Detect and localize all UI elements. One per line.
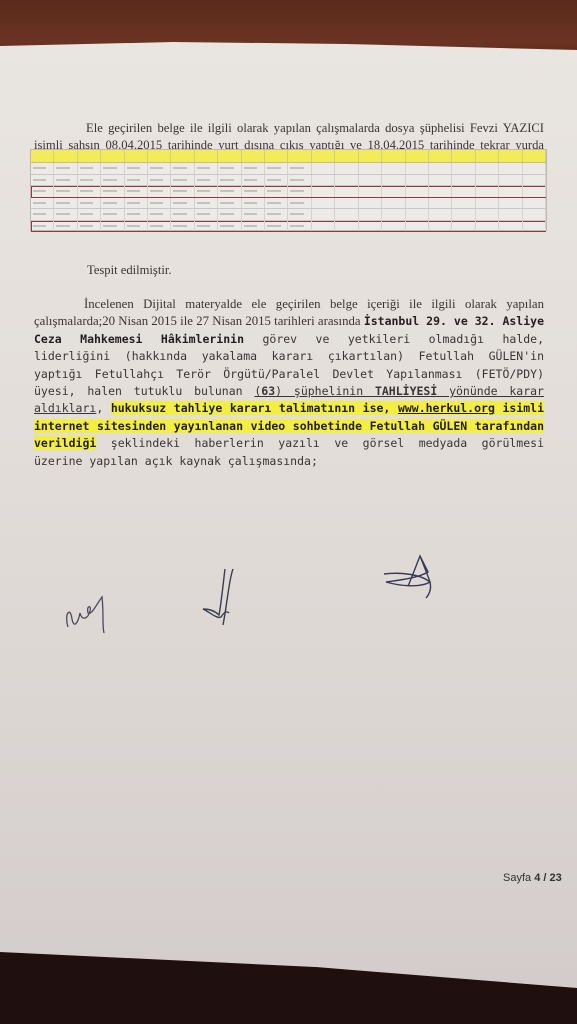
table-cell <box>499 175 522 186</box>
table-cell <box>429 209 452 220</box>
table-cell <box>31 221 54 232</box>
page-label: Sayfa <box>503 872 534 884</box>
table-cell <box>54 198 77 209</box>
table-cell <box>195 175 218 186</box>
table-header-cell <box>452 150 475 162</box>
table-cell <box>406 175 429 186</box>
table-cell <box>148 198 171 209</box>
table-cell <box>265 163 288 174</box>
table-header-cell <box>312 150 335 162</box>
table-cell <box>31 186 54 197</box>
table-cell <box>382 198 405 209</box>
table-cell <box>195 209 218 220</box>
table-cell <box>335 221 358 232</box>
table-cell <box>523 163 546 174</box>
table-cell <box>125 186 148 197</box>
table-cell <box>288 198 311 209</box>
table-cell <box>312 163 335 174</box>
table-cell <box>312 221 335 232</box>
table-cell <box>171 163 194 174</box>
table-cell <box>242 186 265 197</box>
table-header-cell <box>195 150 218 162</box>
table-cell <box>54 221 77 232</box>
release-term: TAHLİYESİ <box>375 384 437 398</box>
table-cell <box>452 163 475 174</box>
table-cell <box>359 175 382 186</box>
conclusion-text: Tespit edilmiştir. <box>87 262 577 279</box>
table-cell <box>78 175 101 186</box>
table-cell <box>148 186 171 197</box>
table-row <box>31 209 546 221</box>
table-cell <box>335 198 358 209</box>
table-cell <box>382 221 405 232</box>
table-cell <box>125 221 148 232</box>
table-row <box>31 221 546 233</box>
table-header <box>31 150 546 163</box>
table-cell <box>429 175 452 186</box>
table-cell <box>359 163 382 174</box>
table-cell <box>195 221 218 232</box>
table-cell <box>54 163 77 174</box>
table-cell <box>359 221 382 232</box>
table-cell <box>476 163 499 174</box>
page-total: 23 <box>549 872 561 884</box>
table-header-cell <box>382 150 405 162</box>
table-cell <box>171 175 194 186</box>
table-cell <box>499 163 522 174</box>
table-row <box>31 198 546 210</box>
table-cell <box>312 186 335 197</box>
table-cell <box>406 198 429 209</box>
paragraph-investigation: İncelenen Dijital materyalde ele geçiril… <box>34 296 544 470</box>
table-cell <box>148 209 171 220</box>
website-link[interactable]: www.herkul.org <box>398 401 495 415</box>
table-cell <box>499 198 522 209</box>
suspect-count: 63 <box>261 384 275 398</box>
table-cell <box>288 221 311 232</box>
table-header-cell <box>335 150 358 162</box>
comma: , <box>96 401 111 415</box>
table-cell <box>523 209 546 220</box>
table-cell <box>242 175 265 186</box>
table-cell <box>452 175 475 186</box>
table-cell <box>101 186 124 197</box>
table-cell <box>359 209 382 220</box>
table-cell <box>125 175 148 186</box>
table-cell <box>265 221 288 232</box>
table-cell <box>265 198 288 209</box>
table-row <box>31 175 546 187</box>
table-cell <box>288 175 311 186</box>
table-cell <box>218 198 241 209</box>
table-header-cell <box>218 150 241 162</box>
table-cell <box>78 221 101 232</box>
table-cell <box>31 163 54 174</box>
table-cell <box>359 198 382 209</box>
table-cell <box>242 209 265 220</box>
table-cell <box>429 198 452 209</box>
table-header-cell <box>31 150 54 162</box>
table-header-cell <box>125 150 148 162</box>
table-cell <box>218 175 241 186</box>
table-cell <box>78 163 101 174</box>
table-cell <box>171 221 194 232</box>
table-header-cell <box>148 150 171 162</box>
table-cell <box>218 186 241 197</box>
table-cell <box>125 198 148 209</box>
table-header-cell <box>171 150 194 162</box>
table-header-cell <box>499 150 522 162</box>
page-number: Sayfa 4 / 23 <box>503 872 562 884</box>
table-cell <box>406 209 429 220</box>
table-cell <box>523 198 546 209</box>
table-header-cell <box>265 150 288 162</box>
table-cell <box>195 186 218 197</box>
table-cell <box>335 186 358 197</box>
table-cell <box>476 198 499 209</box>
table-header-cell <box>406 150 429 162</box>
signature-2-icon <box>195 565 240 630</box>
table-cell <box>335 209 358 220</box>
table-cell <box>101 198 124 209</box>
table-cell <box>101 175 124 186</box>
table-header-cell <box>476 150 499 162</box>
table-cell <box>148 175 171 186</box>
table-cell <box>406 163 429 174</box>
signature-1-icon <box>60 575 130 640</box>
table-cell <box>382 163 405 174</box>
travel-records-table <box>30 149 547 231</box>
table-cell <box>406 186 429 197</box>
table-cell <box>265 175 288 186</box>
table-cell <box>476 209 499 220</box>
table-row <box>31 163 546 175</box>
table-cell <box>171 186 194 197</box>
table-cell <box>78 186 101 197</box>
table-cell <box>382 175 405 186</box>
table-header-cell <box>242 150 265 162</box>
table-header-cell <box>359 150 382 162</box>
table-cell <box>101 209 124 220</box>
table-cell <box>125 209 148 220</box>
table-cell <box>195 163 218 174</box>
table-cell <box>312 175 335 186</box>
table-cell <box>54 175 77 186</box>
table-cell <box>429 221 452 232</box>
table-cell <box>382 209 405 220</box>
table-cell <box>171 209 194 220</box>
table-cell <box>265 186 288 197</box>
table-cell <box>31 198 54 209</box>
table-cell <box>242 198 265 209</box>
table-cell <box>31 209 54 220</box>
table-cell <box>218 209 241 220</box>
table-cell <box>335 163 358 174</box>
table-cell <box>242 221 265 232</box>
table-header-cell <box>429 150 452 162</box>
table-cell <box>523 175 546 186</box>
table-cell <box>312 209 335 220</box>
paragraph-ending: şeklindeki haberlerin yazılı ve görsel m… <box>34 436 544 467</box>
table-cell <box>288 209 311 220</box>
table-cell <box>218 221 241 232</box>
table-cell <box>476 175 499 186</box>
table-cell <box>335 175 358 186</box>
table-cell <box>218 163 241 174</box>
table-cell <box>523 221 546 232</box>
table-cell <box>288 163 311 174</box>
table-header-cell <box>523 150 546 162</box>
suspect-text: ) şüphelinin <box>275 384 375 398</box>
table-cell <box>31 175 54 186</box>
table-cell <box>288 186 311 197</box>
table-cell <box>382 186 405 197</box>
table-header-cell <box>288 150 311 162</box>
table-header-cell <box>78 150 101 162</box>
table-cell <box>242 163 265 174</box>
table-cell <box>54 186 77 197</box>
table-cell <box>148 163 171 174</box>
table-cell <box>312 198 335 209</box>
highlight-instruction: hukuksuz tahliye kararı talimatının ise, <box>111 401 398 415</box>
table-cell <box>499 186 522 197</box>
table-cell <box>406 221 429 232</box>
table-cell <box>195 198 218 209</box>
table-cell <box>523 186 546 197</box>
table-cell <box>101 163 124 174</box>
table-cell <box>476 221 499 232</box>
table-cell <box>499 209 522 220</box>
signature-3-icon <box>380 552 440 602</box>
table-cell <box>452 209 475 220</box>
table-cell <box>125 163 148 174</box>
table-cell <box>78 198 101 209</box>
table-cell <box>359 186 382 197</box>
table-cell <box>452 221 475 232</box>
table-cell <box>78 209 101 220</box>
table-cell <box>148 221 171 232</box>
table-cell <box>101 221 124 232</box>
table-header-cell <box>54 150 77 162</box>
table-cell <box>265 209 288 220</box>
table-cell <box>429 163 452 174</box>
table-cell <box>452 198 475 209</box>
table-cell <box>476 186 499 197</box>
table-row <box>31 186 546 198</box>
table-header-cell <box>101 150 124 162</box>
table-cell <box>429 186 452 197</box>
table-cell <box>452 186 475 197</box>
table-cell <box>54 209 77 220</box>
table-cell <box>499 221 522 232</box>
table-cell <box>171 198 194 209</box>
